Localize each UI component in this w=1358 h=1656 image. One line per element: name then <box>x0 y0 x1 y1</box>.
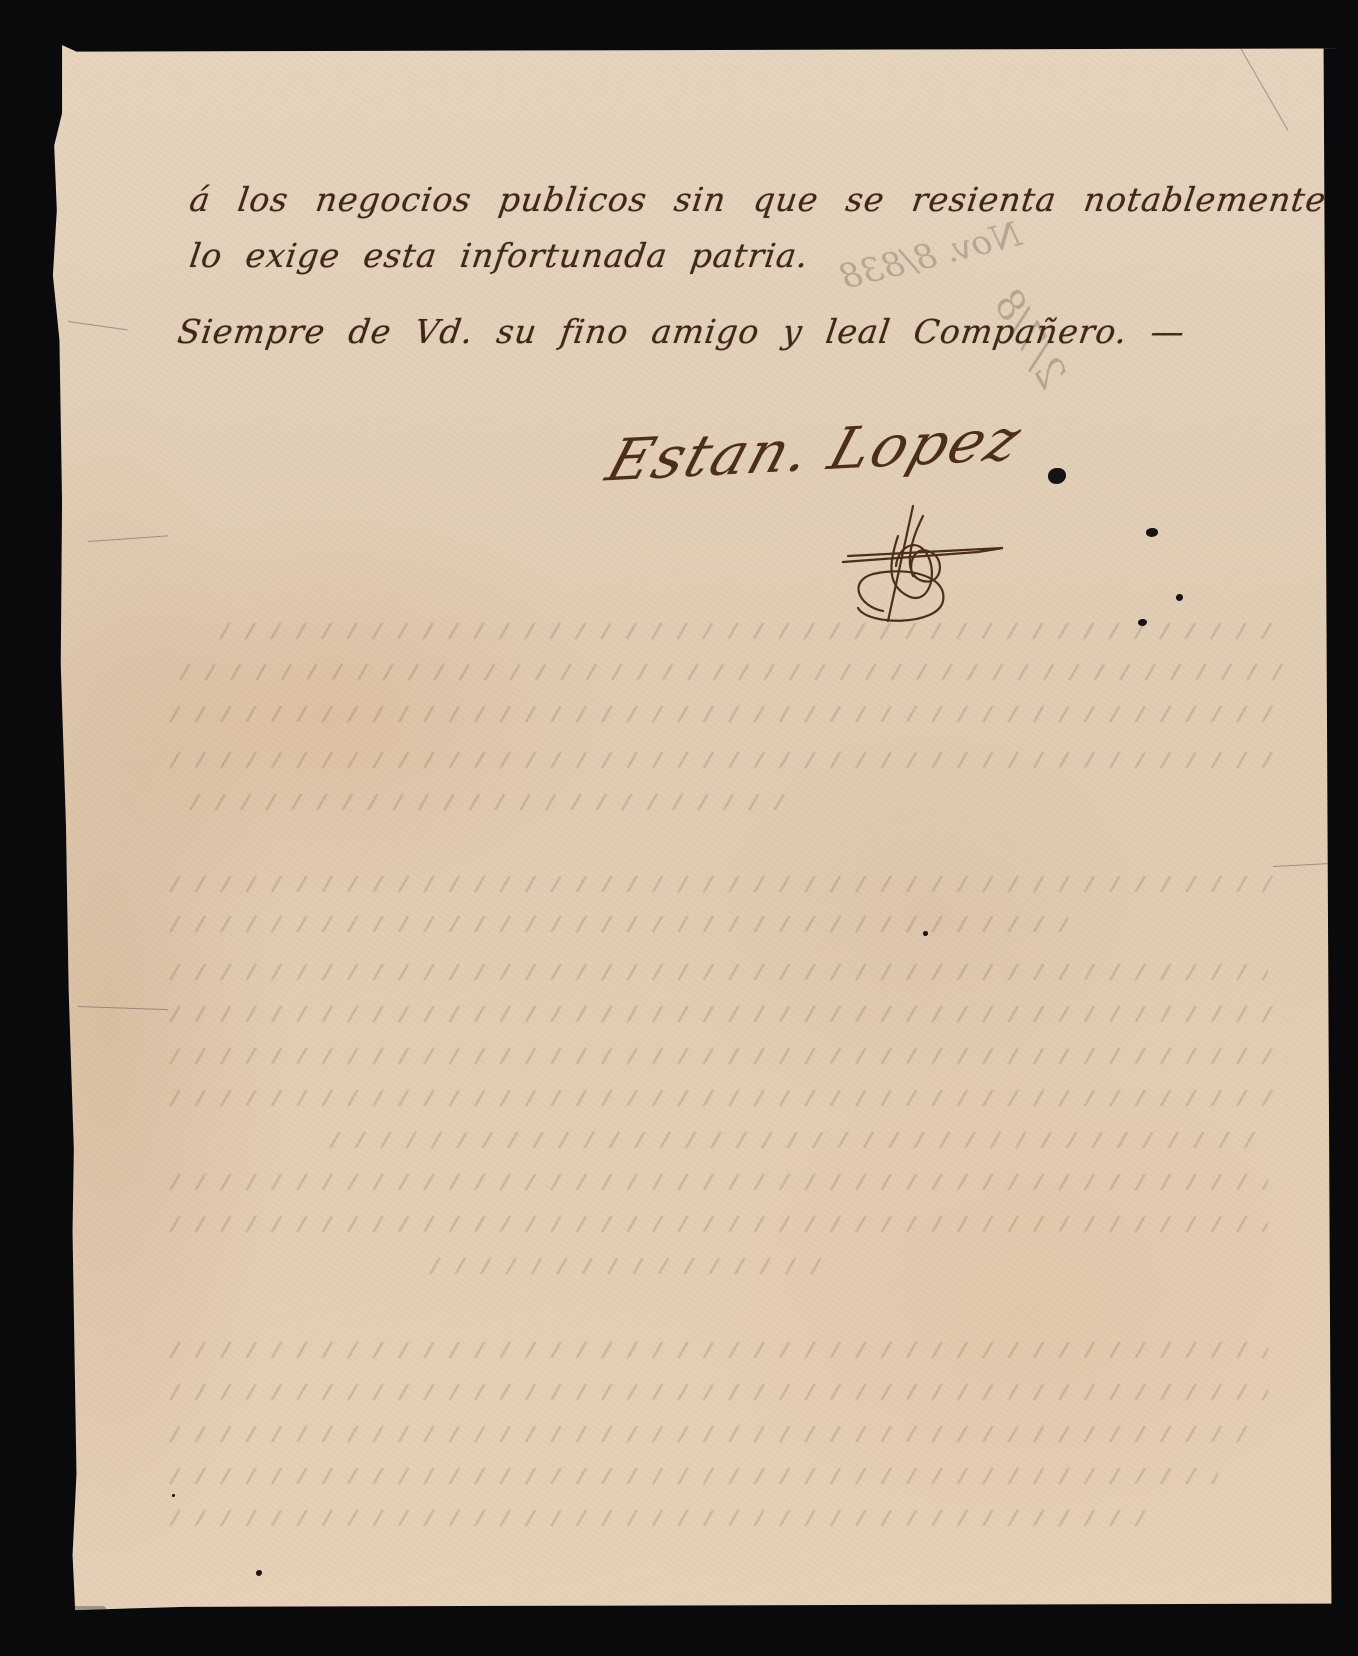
bleed-through-line <box>168 1342 1268 1358</box>
bleed-through-line <box>218 623 1278 639</box>
crack-line <box>78 1006 168 1010</box>
bleed-through-line <box>168 1006 1288 1022</box>
ink-blot <box>1048 468 1066 484</box>
bleed-through-line <box>168 1468 1218 1484</box>
crack-line <box>68 321 128 330</box>
crack-line <box>88 535 168 542</box>
bleed-through-line <box>168 1426 1248 1442</box>
bleed-through-line <box>168 706 1288 722</box>
bleed-through-line <box>168 916 1068 932</box>
bleed-through-line <box>168 1048 1288 1064</box>
ink-blot <box>1146 528 1158 537</box>
bleed-through-line <box>168 964 1268 980</box>
mirrored-archival-note: Nov. 8/838 <box>836 214 1025 298</box>
bleed-through-line <box>188 794 788 810</box>
letter-page: Nov. 8/838 2/7/8 á los negocios publicos… <box>28 16 1338 1636</box>
letter-line-1: á los negocios publicos sin que se resie… <box>187 180 1358 219</box>
bleed-through-line <box>168 1090 1288 1106</box>
bleed-through-line <box>168 1384 1268 1400</box>
bleed-through-line <box>168 1510 1148 1526</box>
bleed-through-line <box>168 876 1288 892</box>
bleed-through-line <box>168 752 1288 768</box>
letter-line-2: lo exige esta infortunada patria. <box>187 236 811 275</box>
bleed-through-line <box>168 1216 1268 1232</box>
signature-rubric-icon <box>828 496 1028 636</box>
crack-line <box>1273 863 1333 867</box>
ink-blot <box>256 1570 262 1576</box>
signature: Estan. Lopez <box>599 405 1031 494</box>
ink-blot <box>172 1494 175 1497</box>
bleed-through-line <box>328 1132 1268 1148</box>
ink-blot <box>923 931 928 936</box>
bleed-through-line <box>168 1174 1268 1190</box>
ink-blot <box>1176 594 1183 601</box>
letter-closing: Siempre de Vd. su fino amigo y leal Comp… <box>175 312 1187 351</box>
bleed-through-line <box>428 1258 828 1274</box>
bleed-through-line <box>178 664 1298 680</box>
